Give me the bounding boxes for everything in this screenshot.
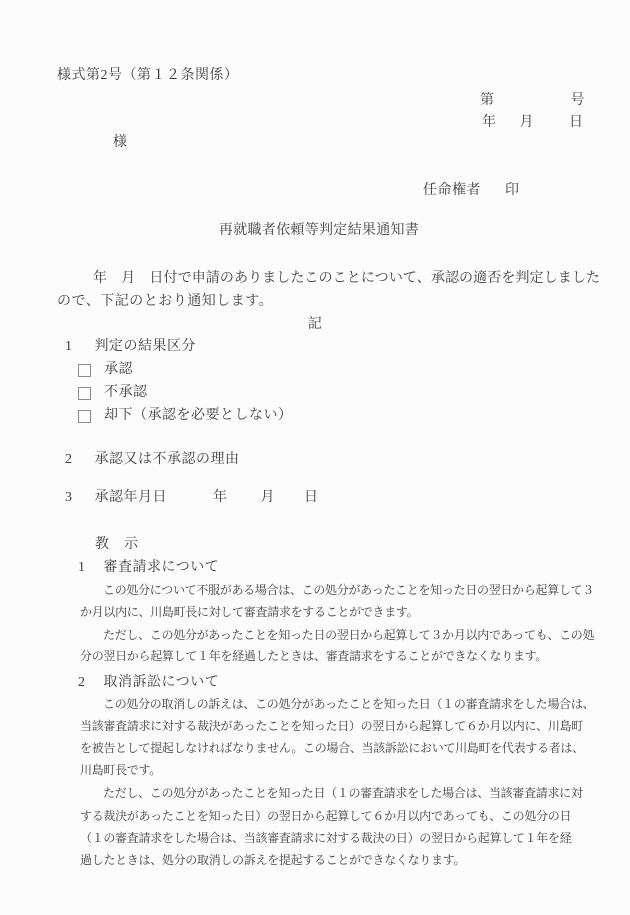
disapproval-checkbox[interactable] <box>78 387 91 400</box>
record-marker: 記 <box>0 318 630 332</box>
date-day-label: 日 <box>569 115 584 130</box>
instruction-item-2-number: 2 <box>78 675 86 690</box>
instruction-item-1-heading: 1審査請求について <box>78 561 219 575</box>
doc-number-prefix: 第 <box>480 93 495 108</box>
section-3-heading: 3承認年月日年月日 <box>65 491 319 505</box>
instruction-item-2-text-line: 過したときは、処分の取消しの訴えを提起することができなくなります。 <box>80 854 465 866</box>
instruction-item-2-text-line: 当該審査請求に対する裁決があったことを知った日）の翌日から起算して６か月以内に、… <box>80 720 583 732</box>
form-number-label: 様式第2号（第１２条関係） <box>57 69 239 83</box>
instruction-item-1-text-line: 分の翌日から起算して１年を経過したときは、審査請求をすることができなくなります。 <box>80 650 547 662</box>
instruction-item-2-text-line: ただし、この処分があったことを知った日（１の審査請求をした場合は、当該審査請求に… <box>103 787 583 799</box>
issuer-line: 任命権者印 <box>423 184 520 198</box>
instruction-item-2-text-line: を被告として提起しなければなりません。この場合、当該訴訟において川島町を代表する… <box>80 742 584 754</box>
approval-date-year-label: 年 <box>213 490 228 505</box>
section-2-number: 2 <box>65 452 73 467</box>
section-1-heading-text: 判定の結果区分 <box>95 339 197 354</box>
disapproval-label: 不承認 <box>104 386 148 400</box>
option-disapproval: 不承認 <box>78 386 148 400</box>
approval-date-day-label: 日 <box>304 490 319 505</box>
doc-number-suffix: 号 <box>571 93 586 108</box>
instruction-item-2-text-line: この処分の取消しの訴えは、この処分があったことを知った日（１の審査請求をした場合… <box>103 698 594 710</box>
date-month-label: 月 <box>520 115 535 130</box>
document-page: 様式第2号（第１２条関係） 第号 年月日 様 任命権者印 再就職者依頼等判定結果… <box>0 0 630 915</box>
rejection-checkbox[interactable] <box>78 410 91 423</box>
section-1-number: 1 <box>65 339 73 354</box>
instruction-item-2-heading: 2取消訴訟について <box>78 676 219 690</box>
instruction-item-2-text-line: する裁決があったことを知った日）の翌日から起算して６か月以内であっても、この処分… <box>80 810 571 822</box>
section-2-heading: 2承認又は不承認の理由 <box>65 453 240 467</box>
section-3-heading-text: 承認年月日 <box>95 490 168 505</box>
instruction-item-2-text-line: （１の審査請求をした場合は、当該審査請求に対する裁決の日）の翌日から起算して１年… <box>80 832 571 844</box>
addressee-honorific: 様 <box>113 136 128 150</box>
rejection-label: 却下（承認を必要としない） <box>104 409 293 423</box>
instruction-item-1-text-line: ただし、この処分があったことを知った日の翌日から起算して３か月以内であっても、こ… <box>103 629 594 641</box>
option-rejection: 却下（承認を必要としない） <box>78 409 293 423</box>
section-1-heading: 1判定の結果区分 <box>65 340 196 354</box>
document-title: 再就職者依頼等判定結果通知書 <box>0 224 630 238</box>
instruction-item-1-text-line: この処分について不服がある場合は、この処分があったことを知った日の翌日から起算し… <box>103 584 594 596</box>
section-3-number: 3 <box>65 490 73 505</box>
issue-date-line: 年月日 <box>482 116 584 130</box>
approval-label: 承認 <box>104 363 133 377</box>
section-2-heading-text: 承認又は不承認の理由 <box>95 452 240 467</box>
intro-paragraph-line-1: 年 月 日付で申請のありましたこのことについて、承認の適否を判定しました <box>57 272 600 286</box>
intro-paragraph-line-2: ので、下記のとおり通知します。 <box>57 295 273 309</box>
instruction-item-2-title: 取消訴訟について <box>104 675 220 690</box>
issuer-seal-mark: 印 <box>505 183 520 198</box>
instructions-heading: 教 示 <box>95 538 139 552</box>
option-approval: 承認 <box>78 363 133 377</box>
doc-number-line: 第号 <box>480 94 585 108</box>
issuer-title: 任命権者 <box>423 183 481 198</box>
instruction-item-1-text-line: か月以内に、川島町長に対して審査請求をすることができます。 <box>80 606 418 618</box>
instruction-item-1-number: 1 <box>78 560 86 575</box>
approval-checkbox[interactable] <box>78 364 91 377</box>
approval-date-month-label: 月 <box>261 490 276 505</box>
instruction-item-1-title: 審査請求について <box>104 560 220 575</box>
date-year-label: 年 <box>482 115 497 130</box>
instruction-item-2-text-line: 川島町長です。 <box>80 764 161 776</box>
